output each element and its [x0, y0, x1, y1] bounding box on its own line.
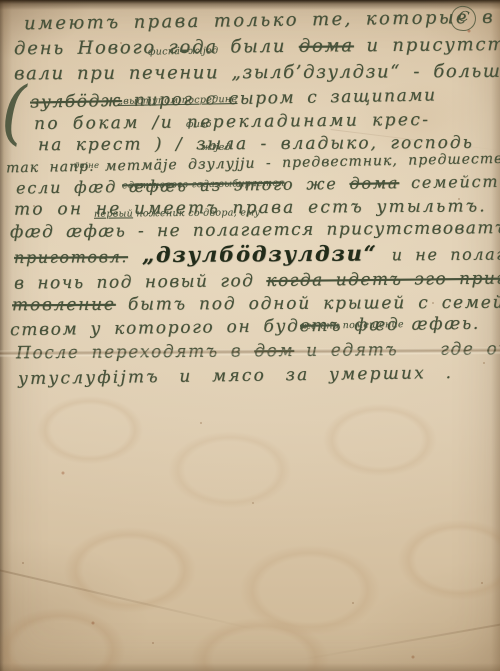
manuscript-line-2: день Нового года были дома и присутство-: [14, 34, 500, 60]
text-segment: ноженик со двора, ему: [133, 207, 260, 219]
text-segment: После переходятъ в: [16, 341, 254, 363]
text-segment: если фӕд ӕфӕь из этого же: [16, 174, 350, 198]
inline-annotation: фиспӓ=жіjед: [148, 45, 219, 57]
text-segment: физӧ: [186, 119, 212, 130]
struck-text: зулбӧдж: [30, 91, 122, 113]
text-segment: и не полагается: [392, 244, 500, 264]
text-segment: жіjед: [188, 45, 218, 57]
text-segment: вали при печении „зылб’дзулдзи“ - большо…: [14, 61, 500, 85]
text-segment: по бокам /и перекладинами крес-: [34, 110, 431, 134]
inline-annotation: жіjед: [201, 142, 231, 153]
manuscript-page: С ( имеютъ права только те, которые в де…: [0, 0, 500, 671]
manuscript-line-12: в ночь под новый год когда идетъ эго при…: [14, 268, 500, 293]
inline-annotation: же они помещение: [300, 319, 404, 332]
text-segment: и присутство-: [354, 34, 500, 57]
struck-text: когда идетъ эго приго-: [266, 268, 500, 291]
text-segment: в ночь под новый год: [14, 271, 267, 294]
text-segment: фиспӓ: [148, 46, 180, 58]
text-segment: бытъ под одной крышей с семей: [116, 293, 500, 315]
struck-text: дома: [349, 173, 399, 193]
ink-specks: [0, 0, 2, 2]
text-segment: имеютъ права только те, которые в: [24, 7, 495, 35]
text-segment: утуслуфіjтъ и мясо за умерших .: [18, 363, 453, 389]
text-segment: ством у которого он будетъ фӕд ӕфӕь.: [10, 314, 480, 341]
text-segment: жіjед: [201, 142, 231, 153]
underlined-text: первый: [94, 208, 133, 219]
manuscript-line-15: После переходятъ в дом и едятъгде очагъ: [16, 339, 500, 364]
manuscript-line-10: фӕд ӕфӕь - не полагается присутствоватъ …: [10, 218, 500, 243]
manuscript-line-13: товление бытъ под одной крышей с семей: [12, 293, 500, 316]
manuscript-line-1: имеютъ права только те, которые в: [24, 7, 495, 35]
struck-text: дома: [299, 35, 354, 56]
paper-crease: [294, 620, 500, 662]
manuscript-line-4: зулбӧдж пирог с сыром с защипами: [30, 85, 437, 112]
emphasized-foreign-word: „дзулбӧдзулдзи“: [128, 240, 392, 267]
text-segment: семейства: [399, 171, 500, 192]
manuscript-line-8: если фӕд ӕфӕь из этого же дома семейства: [16, 171, 500, 197]
inline-annotation: физӧ: [186, 119, 212, 130]
manuscript-line-16: утуслуфіjтъ и мясо за умерших .: [18, 363, 453, 389]
manuscript-line-14: ством у которого он будетъ фӕд ӕфӕь.: [10, 314, 480, 341]
manuscript-line-11: приготовл. „дзулбӧдзулдзи“ и не полагает…: [14, 239, 500, 268]
manuscript-line-3: вали при печении „зылб’дзулдзи“ - большо…: [14, 61, 500, 85]
struck-text: товление: [12, 295, 116, 316]
inline-annotation: первый ноженик со двора, ему: [94, 207, 260, 219]
text-segment: помещение: [339, 319, 404, 331]
text-segment: где очагъ: [440, 339, 500, 360]
text-segment: фӕд ӕфӕь - не полагается присутствоватъ …: [10, 218, 500, 243]
struck-text: дом: [254, 341, 294, 361]
manuscript-line-5: по бокам /и перекладинами крес-: [34, 110, 431, 134]
text-segment: пирог с сыром с защипами: [122, 85, 437, 110]
struck-text: же они: [300, 320, 340, 332]
text-segment: и едятъ: [294, 340, 398, 361]
paper-crease: [0, 567, 261, 632]
struck-text: приготовл.: [14, 247, 128, 267]
